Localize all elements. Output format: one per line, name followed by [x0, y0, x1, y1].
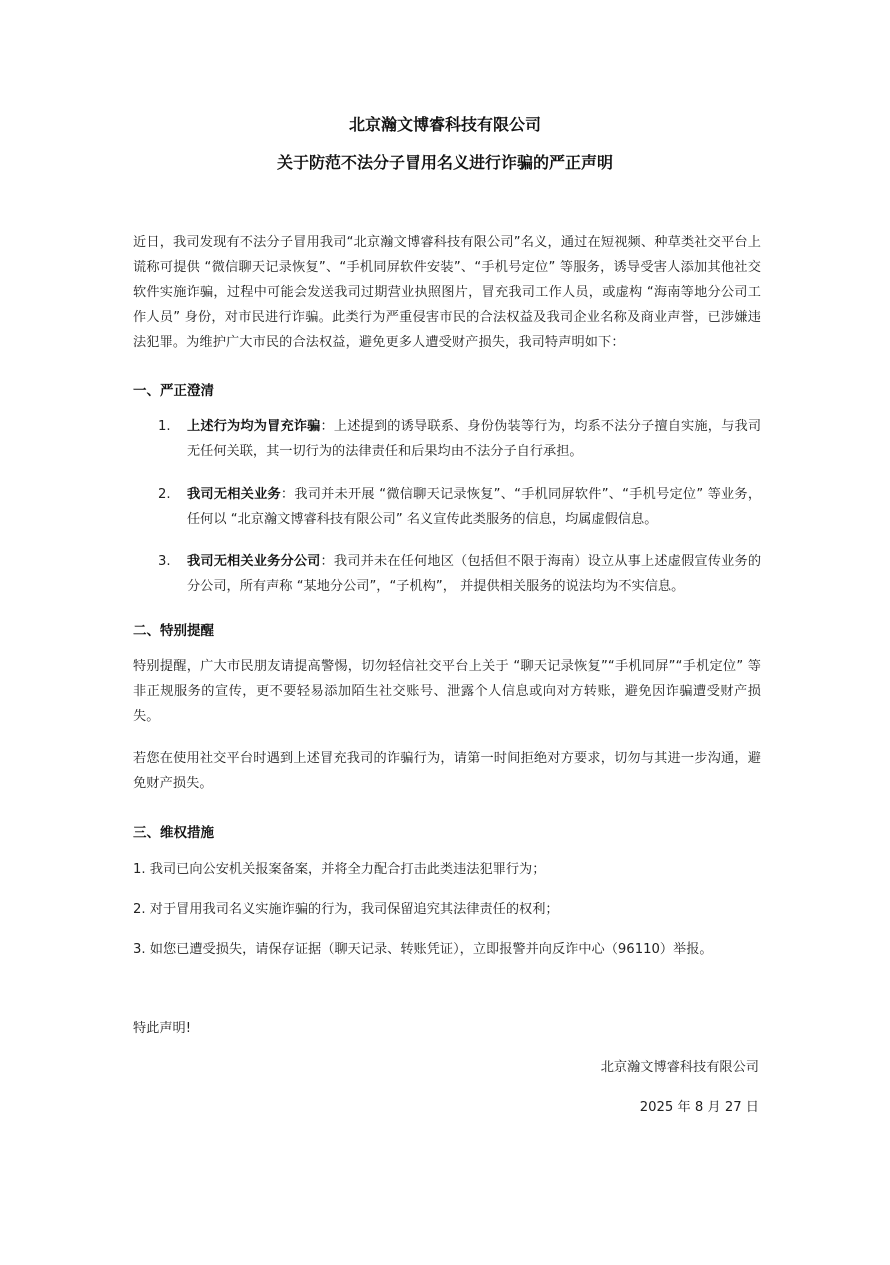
- company-title: 北京瀚文博睿科技有限公司: [0, 112, 890, 135]
- clarification-item-2: 2. 我司无相关业务：我司并未开展 “微信聊天记录恢复”、“手机同屏软件”、“手…: [158, 482, 761, 532]
- closing-text: 特此声明!: [133, 1017, 191, 1036]
- item-bold-lead: 我司无相关业务分公司: [187, 554, 321, 569]
- reminder-paragraph-2: 若您在使用社交平台时遇到上述冒充我司的诈骗行为，请第一时间拒绝对方要求，切勿与其…: [133, 746, 761, 796]
- section-heading-clarification: 一、严正澄清: [133, 379, 214, 399]
- item-bold-lead: 上述行为均为冒充诈骗: [187, 419, 321, 434]
- section-heading-measures: 三、维权措施: [133, 821, 214, 841]
- measure-line-3: 3. 如您已遭受损失，请保存证据（聊天记录、转账凭证），立即报警并向反诈中心（9…: [133, 938, 713, 957]
- signature-company: 北京瀚文博睿科技有限公司: [601, 1056, 759, 1075]
- intro-paragraph: 近日，我司发现有不法分子冒用我司“北京瀚文博睿科技有限公司”名义，通过在短视频、…: [133, 230, 761, 355]
- statement-title: 关于防范不法分子冒用名义进行诈骗的严正声明: [0, 150, 890, 173]
- section-heading-reminder: 二、特别提醒: [133, 619, 214, 639]
- item-number: 1.: [158, 414, 171, 439]
- document-page: 北京瀚文博睿科技有限公司 关于防范不法分子冒用名义进行诈骗的严正声明 近日，我司…: [0, 0, 890, 1265]
- reminder-paragraph-1: 特别提醒，广大市民朋友请提高警惕，切勿轻信社交平台上关于 “聊天记录恢复”“手机…: [133, 654, 761, 729]
- item-number: 3.: [158, 549, 171, 574]
- signature-date: 2025 年 8 月 27 日: [640, 1096, 759, 1115]
- measure-line-1: 1. 我司已向公安机关报案备案，并将全力配合打击此类违法犯罪行为；: [133, 858, 545, 877]
- clarification-item-3: 3. 我司无相关业务分公司：我司并未在任何地区（包括但不限于海南）设立从事上述虚…: [158, 549, 761, 599]
- item-bold-lead: 我司无相关业务: [187, 487, 281, 502]
- clarification-item-1: 1. 上述行为均为冒充诈骗：上述提到的诱导联系、身份伪装等行为，均系不法分子擅自…: [158, 414, 761, 464]
- item-number: 2.: [158, 482, 171, 507]
- measure-line-2: 2. 对于冒用我司名义实施诈骗的行为，我司保留追究其法律责任的权利；: [133, 898, 559, 917]
